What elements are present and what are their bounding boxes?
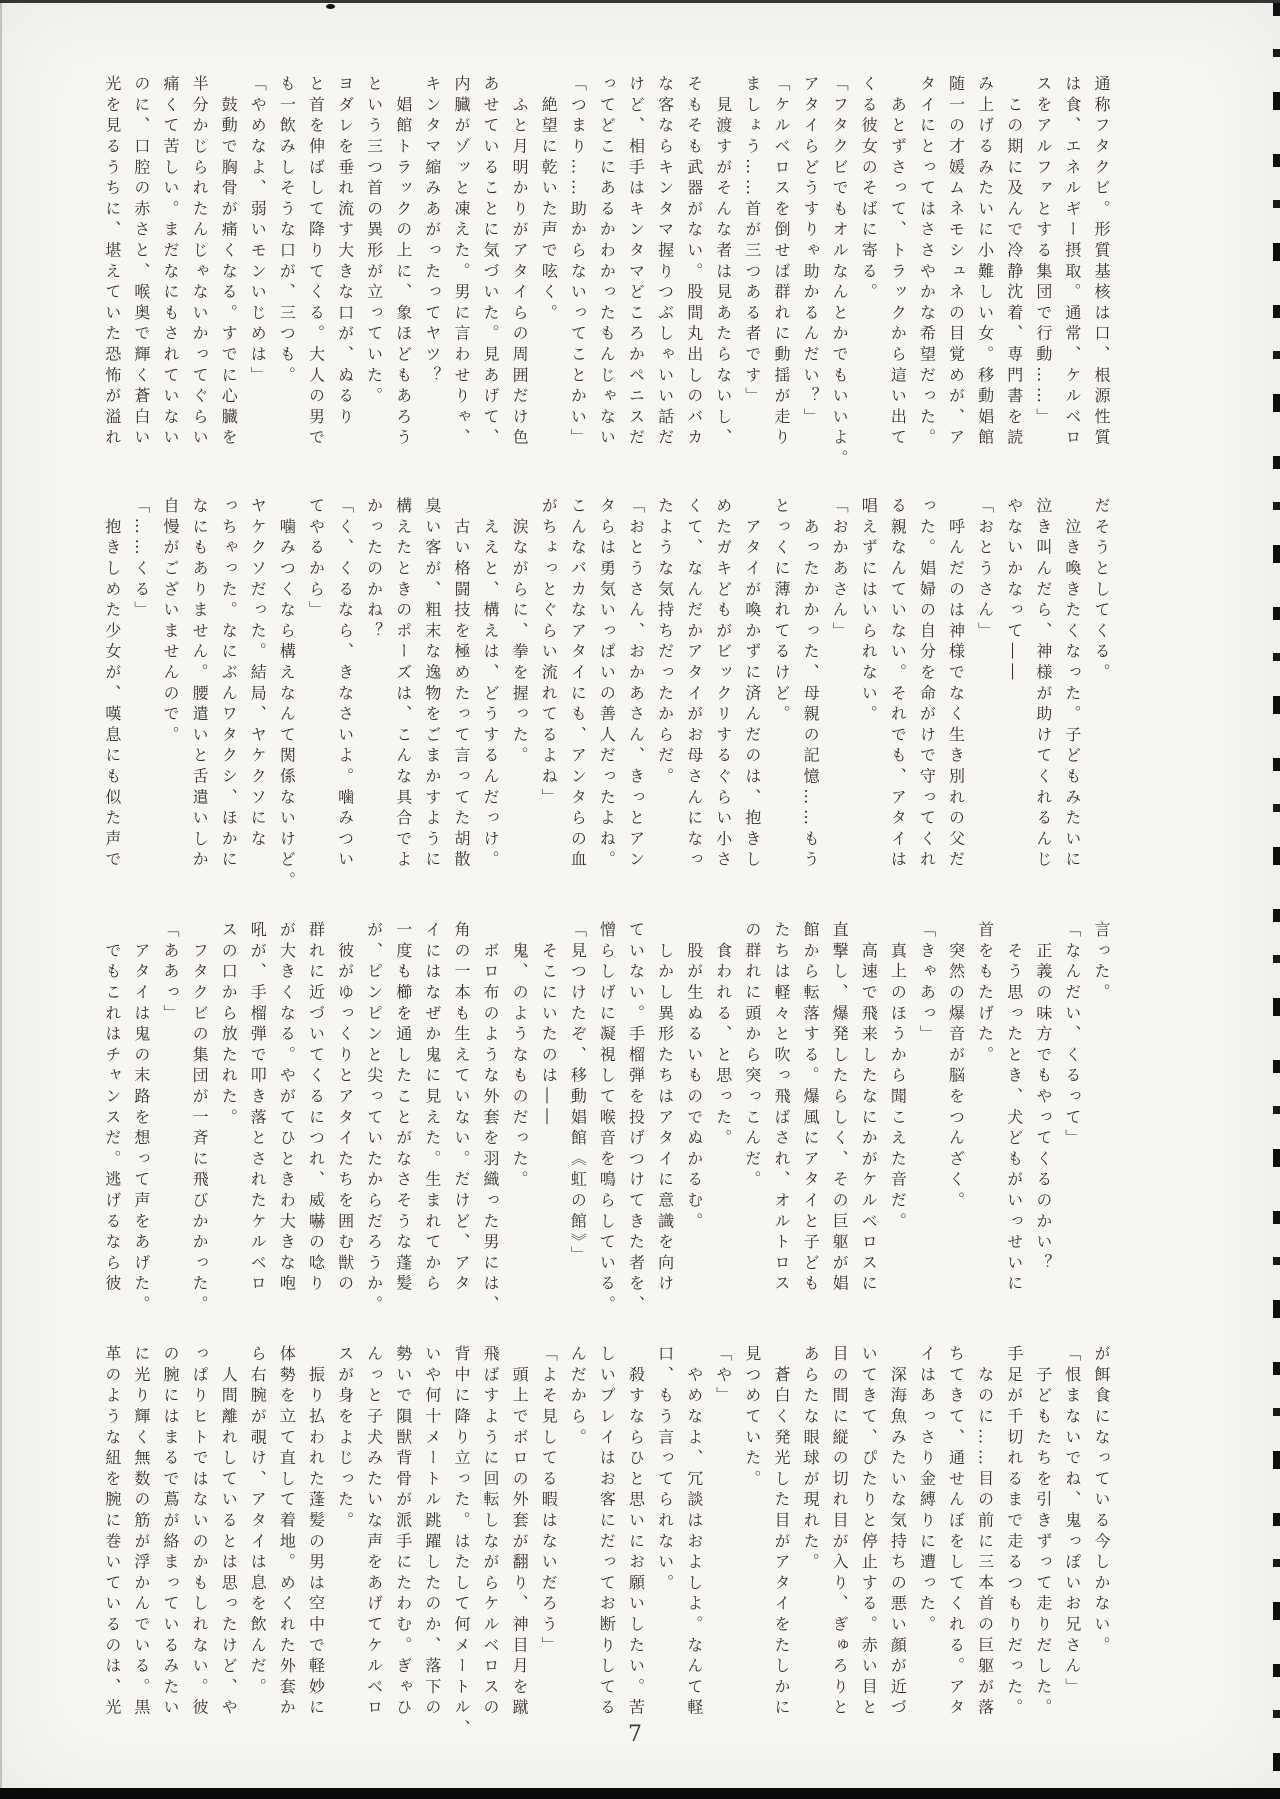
text-line: 構えたときのポーズは、こんな具合でよ bbox=[389, 497, 418, 872]
text-line: ボロ布のような外套を羽織った男には、 bbox=[476, 921, 505, 1296]
text-line: ふと月明かりがアタイらの周囲だけ色 bbox=[505, 75, 534, 450]
text-line: イにはなぜか鬼に見えた。生まれてから bbox=[418, 921, 447, 1296]
text-line: が、ピンピンと尖っていたからだろうか。 bbox=[360, 921, 389, 1296]
text-line: 鼓動で胸骨が痛くなる。すでに心臓を bbox=[214, 75, 243, 450]
text-line: スをアルファとする集団で行動……」 bbox=[1029, 75, 1058, 450]
scan-edge-bottom bbox=[0, 1788, 1280, 1799]
text-line: 内臓がゾッと凍えた。男に言わせりゃ、 bbox=[447, 75, 476, 450]
text-line: 飛ばすように回転しながらケルベロスの bbox=[476, 1345, 505, 1720]
text-line: 彼がゆっくりとアタイたちを囲む獣の bbox=[330, 921, 359, 1296]
text-line: 突然の爆音が脳をつんざく。 bbox=[941, 921, 970, 1296]
text-line: なのに……目の前に三本首の巨躯が落 bbox=[971, 1345, 1000, 1720]
text-line: み上げるみたいに小難しい女。移動娼館 bbox=[971, 75, 1000, 450]
text-line: んだから。 bbox=[563, 1345, 592, 1720]
text-line: こんなバカなアタイにも、アンタらの血 bbox=[563, 497, 592, 872]
text-line: んっと子犬みたいな声をあげてケルベロ bbox=[360, 1345, 389, 1720]
text-line: あったかかった、母親の記憶……もう bbox=[796, 497, 825, 872]
text-line: そもそも武器がない。股間丸出しのバカ bbox=[680, 75, 709, 450]
text-line: 「おとうさん、おかあさん、きっとアン bbox=[621, 497, 650, 872]
text-line: 股が生ぬるいものでぬかるむ。 bbox=[680, 921, 709, 1296]
text-line: の腕にはまるで蔦が絡まっているみたい bbox=[156, 1345, 185, 1720]
scan-edge-right bbox=[1273, 3, 1280, 1788]
text-line: そこにいたのは―― bbox=[534, 921, 563, 1296]
text-line: 口、もう言ってられない。 bbox=[651, 1345, 680, 1720]
text-line: 「やめなよ、弱いモンいじめは」 bbox=[243, 75, 272, 450]
text-line: 深海魚みたいな気持ちの悪い顔が近づ bbox=[883, 1345, 912, 1720]
scan-edge-top bbox=[0, 0, 1280, 3]
text-line: タらは勇気いっぱいの善人だったよね。 bbox=[592, 497, 621, 872]
text-block-1: 通称フタクビ。形質基核は口、根源性質は食、エネルギー摂取。通常、ケルベロスをアル… bbox=[98, 75, 1116, 453]
text-line: 見つめていた。 bbox=[738, 1345, 767, 1720]
text-line: のに、口腔の赤さと、喉奥で輝く蒼白い bbox=[127, 75, 156, 450]
text-line: スが身をよじった。 bbox=[330, 1345, 359, 1720]
text-line: そう思ったとき、犬どもがいっせいに bbox=[1000, 921, 1029, 1296]
text-line: しいプレイはお客にだってお断りしてる bbox=[592, 1345, 621, 1720]
text-line: 正義の味方でもやってくるのかい？ bbox=[1029, 921, 1058, 1296]
text-line: スの口から放たれた。 bbox=[214, 921, 243, 1296]
text-line: アタイが喚かずに済んだのは、抱きし bbox=[738, 497, 767, 872]
text-line: 子どもたちを引きずって走りだした。 bbox=[1029, 1345, 1058, 1720]
text-line: ら右腕が覗け、アタイは息を飲んだ。 bbox=[243, 1345, 272, 1720]
text-line: キンタマ縮みあがったってヤツ？ bbox=[418, 75, 447, 450]
text-line: 痛くて苦しい。まだなにもされていない bbox=[156, 75, 185, 450]
text-line: は食、エネルギー摂取。通常、ケルベロ bbox=[1058, 75, 1087, 450]
text-line: という三つ首の異形が立っていた。 bbox=[360, 75, 389, 450]
text-line: アタイらどうすりゃ助かるんだい？」 bbox=[796, 75, 825, 450]
text-line: と首を伸ばして降りてくる。大人の男で bbox=[301, 75, 330, 450]
text-line: 泣き喚きたくなった。子どもみたいに bbox=[1058, 497, 1087, 872]
text-line: 「や」 bbox=[709, 1345, 738, 1720]
text-line: 唱えずにはいられない。 bbox=[854, 497, 883, 872]
text-line: たちは軽々と吹っ飛ばされ、オルトロス bbox=[767, 921, 796, 1296]
text-line: 「つまり……助からないってことかい」 bbox=[563, 75, 592, 450]
text-line: 呼んだのは神様でなく生き別れの父だ bbox=[941, 497, 970, 872]
scan-edge-left bbox=[0, 0, 2, 1788]
text-line: ちてきて、通せんぼをしてくれる。アタ bbox=[941, 1345, 970, 1720]
text-line: でもこれはチャンスだ。逃げるなら彼 bbox=[98, 921, 127, 1296]
text-line: 娼館トラックの上に、象ほどもあろう bbox=[389, 75, 418, 450]
text-line: アタイは鬼の末路を想って声をあげた。 bbox=[127, 921, 156, 1296]
text-block-4: が餌食になっている今しかない。「恨まないでね、鬼っぽいお兄さん」 子どもたちを引… bbox=[98, 1345, 1116, 1723]
text-line: イはあっさり金縛りに遭った。 bbox=[912, 1345, 941, 1720]
text-line: いや何十メートル跳躍したのか、落下の bbox=[418, 1345, 447, 1720]
text-line: 見渡すがそんな者は見あたらないし、 bbox=[709, 75, 738, 450]
text-block-3: 言った。「なんだい、くるって」 正義の味方でもやってくるのかい？ そう思ったとき… bbox=[98, 921, 1116, 1299]
text-line: 「よそ見してる暇はないだろう」 bbox=[534, 1345, 563, 1720]
text-line: とっくに薄れてるけど。 bbox=[767, 497, 796, 872]
text-line: 自慢がございませんので。 bbox=[156, 497, 185, 872]
text-line: この期に及んで冷静沈着、専門書を読 bbox=[1000, 75, 1029, 450]
text-line: 革のような紐を腕に巻いているのは、光 bbox=[98, 1345, 127, 1720]
text-line: 「見つけたぞ、移動娼館《虹の館》」 bbox=[563, 921, 592, 1296]
scan-speck bbox=[326, 4, 335, 9]
text-line: 涙ながらに、拳を握った。 bbox=[505, 497, 534, 872]
text-line: が大きくなる。やがてひときわ大きな咆 bbox=[272, 921, 301, 1296]
text-line: 「きゃあっ」 bbox=[912, 921, 941, 1296]
text-line: 泣き叫んだら、神様が助けてくれるんじ bbox=[1029, 497, 1058, 872]
text-line: ええと、構えは、どうするんだっけ。 bbox=[476, 497, 505, 872]
text-line: やめなよ、冗談はおよしよ。なんて軽 bbox=[680, 1345, 709, 1720]
text-line: 「おかあさん」 bbox=[825, 497, 854, 872]
text-line: 体勢を立て直して着地。めくれた外套か bbox=[272, 1345, 301, 1720]
text-line: けど、相手はキンタマどころかペニスだ bbox=[621, 75, 650, 450]
text-line: ましょう……首が三つある者です」 bbox=[738, 75, 767, 450]
text-line: ヨダレを垂れ流す大きな口が、ぬるり bbox=[330, 75, 359, 450]
text-line: くて、なんだかアタイがお母さんになっ bbox=[680, 497, 709, 872]
text-line: 振り払われた蓬髪の男は空中で軽妙に bbox=[301, 1345, 330, 1720]
text-line: かったのかね？ bbox=[360, 497, 389, 872]
text-line: ヤケクソだった。結局、ヤケクソにな bbox=[243, 497, 272, 872]
page-number: 7 bbox=[628, 1722, 642, 1747]
text-line: 人間離れしているとは思ったけど、や bbox=[214, 1345, 243, 1720]
text-line: の群れに頭から突っこんだ。 bbox=[738, 921, 767, 1296]
text-line: 古い格闘技を極めたって言ってた胡散 bbox=[447, 497, 476, 872]
text-line: 背中に降り立った。はたして何メートル、 bbox=[447, 1345, 476, 1720]
text-line: 高速で飛来したなにかがケルベロスに bbox=[854, 921, 883, 1296]
text-line: タイにとってはささやかな希望だった。 bbox=[912, 75, 941, 450]
text-line: 「く、くるなら、きなさいよ。噛みつい bbox=[330, 497, 359, 872]
text-line: 首をもたげた。 bbox=[971, 921, 1000, 1296]
text-line: 憎らしげに凝視して喉音を鳴らしている。 bbox=[592, 921, 621, 1296]
text-line: ていない。手榴弾を投げつけてきた者を、 bbox=[621, 921, 650, 1296]
text-line: 「恨まないでね、鬼っぽいお兄さん」 bbox=[1058, 1345, 1087, 1720]
text-line: 群れに近づいてくるにつれ、威嚇の唸り bbox=[301, 921, 330, 1296]
text-line: 手足が千切れるまで走るつもりだった。 bbox=[1000, 1345, 1029, 1720]
text-line: 臭い客が、粗末な逸物をごまかすように bbox=[418, 497, 447, 872]
text-line: だそうとしてくる。 bbox=[1087, 497, 1116, 872]
text-line: めたガキどもがビックリするぐらい小さ bbox=[709, 497, 738, 872]
text-line: 「ああっ」 bbox=[156, 921, 185, 1296]
text-line: いてきて、ぴたりと停止する。赤い目と bbox=[854, 1345, 883, 1720]
text-line: くる彼女のそばに寄る。 bbox=[854, 75, 883, 450]
text-line: あとずさって、トラックから這い出て bbox=[883, 75, 912, 450]
text-line: 蒼白く発光した目がアタイをたしかに bbox=[767, 1345, 796, 1720]
text-line: なにもありません。腰遣いと舌遣いしか bbox=[185, 497, 214, 872]
text-line: に光り輝く無数の筋が浮かんでいる。黒 bbox=[127, 1345, 156, 1720]
text-line: 「なんだい、くるって」 bbox=[1058, 921, 1087, 1296]
text-line: 目の間に縦の切れ目が入り、ぎゅろりと bbox=[825, 1345, 854, 1720]
text-line: 通称フタクビ。形質基核は口、根源性質 bbox=[1087, 75, 1116, 450]
text-line: しかし異形たちはアタイに意識を向け bbox=[651, 921, 680, 1296]
text-line: る親なんていない。それでも、アタイは bbox=[883, 497, 912, 872]
text-line: 直撃し、爆発したらしく、その巨躯が娼 bbox=[825, 921, 854, 1296]
text-line: 随一の才媛ムネモシュネの目覚めが、ア bbox=[941, 75, 970, 450]
text-line: 言った。 bbox=[1087, 921, 1116, 1296]
text-line: っぱりヒトではないのかもしれない。彼 bbox=[185, 1345, 214, 1720]
text-line: 勢いで隕獣背骨が派手にたわむ。ぎゃひ bbox=[389, 1345, 418, 1720]
text-line: 角の一本も生えていない。だけど、アタ bbox=[447, 921, 476, 1296]
text-line: 半分かじられたんじゃないかってぐらい bbox=[185, 75, 214, 450]
text-line: がちょっとぐらい流れてるよね」 bbox=[534, 497, 563, 872]
text-line: 「ケルベロスを倒せば群れに動揺が走り bbox=[767, 75, 796, 450]
text-line: 噛みつくなら構えなんて関係ないけど。 bbox=[272, 497, 301, 872]
text-line: てやるから」 bbox=[301, 497, 330, 872]
text-line: あせていることに気づいた。見あげて、 bbox=[476, 75, 505, 450]
text-line: 館から転落する。爆風にアタイと子ども bbox=[796, 921, 825, 1296]
text-line: 光を見るうちに、堪えていた恐怖が溢れ bbox=[98, 75, 127, 450]
text-line: 吼が、手榴弾で叩き落とされたケルベロ bbox=[243, 921, 272, 1296]
text-line: 絶望に乾いた声で呟く。 bbox=[534, 75, 563, 450]
text-line: 頭上でボロの外套が翻り、神目月を蹴 bbox=[505, 1345, 534, 1720]
text-line: ってどこにあるかわかったもんじゃない bbox=[592, 75, 621, 450]
text-block-2: だそうとしてくる。 泣き喚きたくなった。子どもみたいに泣き叫んだら、神様が助けて… bbox=[98, 497, 1116, 875]
text-line: フタクビの集団が一斉に飛びかかった。 bbox=[185, 921, 214, 1296]
text-line: あらたな眼球が現れた。 bbox=[796, 1345, 825, 1720]
text-line: やないかなって―― bbox=[1000, 497, 1029, 872]
text-line: 食われる、と思った。 bbox=[709, 921, 738, 1296]
text-line: 「フタクビでもオルなんとかでもいいよ。 bbox=[825, 75, 854, 450]
text-line: っちゃった。なにぶんワタクシ、ほかに bbox=[214, 497, 243, 872]
text-line: った。娼婦の自分を命がけで守ってくれ bbox=[912, 497, 941, 872]
text-line: 真上のほうから聞こえた音だ。 bbox=[883, 921, 912, 1296]
text-line: 抱きしめた少女が、嘆息にも似た声で bbox=[98, 497, 127, 872]
text-line: 「おとうさん」 bbox=[971, 497, 1000, 872]
text-line: 殺すならひと思いにお願いしたい。苦 bbox=[621, 1345, 650, 1720]
text-line: たような気持ちだったからだ。 bbox=[651, 497, 680, 872]
text-line: 鬼、のようなものだった。 bbox=[505, 921, 534, 1296]
text-line: 一度も櫛を通したことがなさそうな蓬髪 bbox=[389, 921, 418, 1296]
text-line: 「……くる」 bbox=[127, 497, 156, 872]
text-line: な客ならキンタマ握りつぶしゃいい話だ bbox=[651, 75, 680, 450]
text-line: が餌食になっている今しかない。 bbox=[1087, 1345, 1116, 1720]
scanned-book-page: 通称フタクビ。形質基核は口、根源性質は食、エネルギー摂取。通常、ケルベロスをアル… bbox=[0, 0, 1280, 1799]
text-line: も一飲みしそうな口が、三つも。 bbox=[272, 75, 301, 450]
